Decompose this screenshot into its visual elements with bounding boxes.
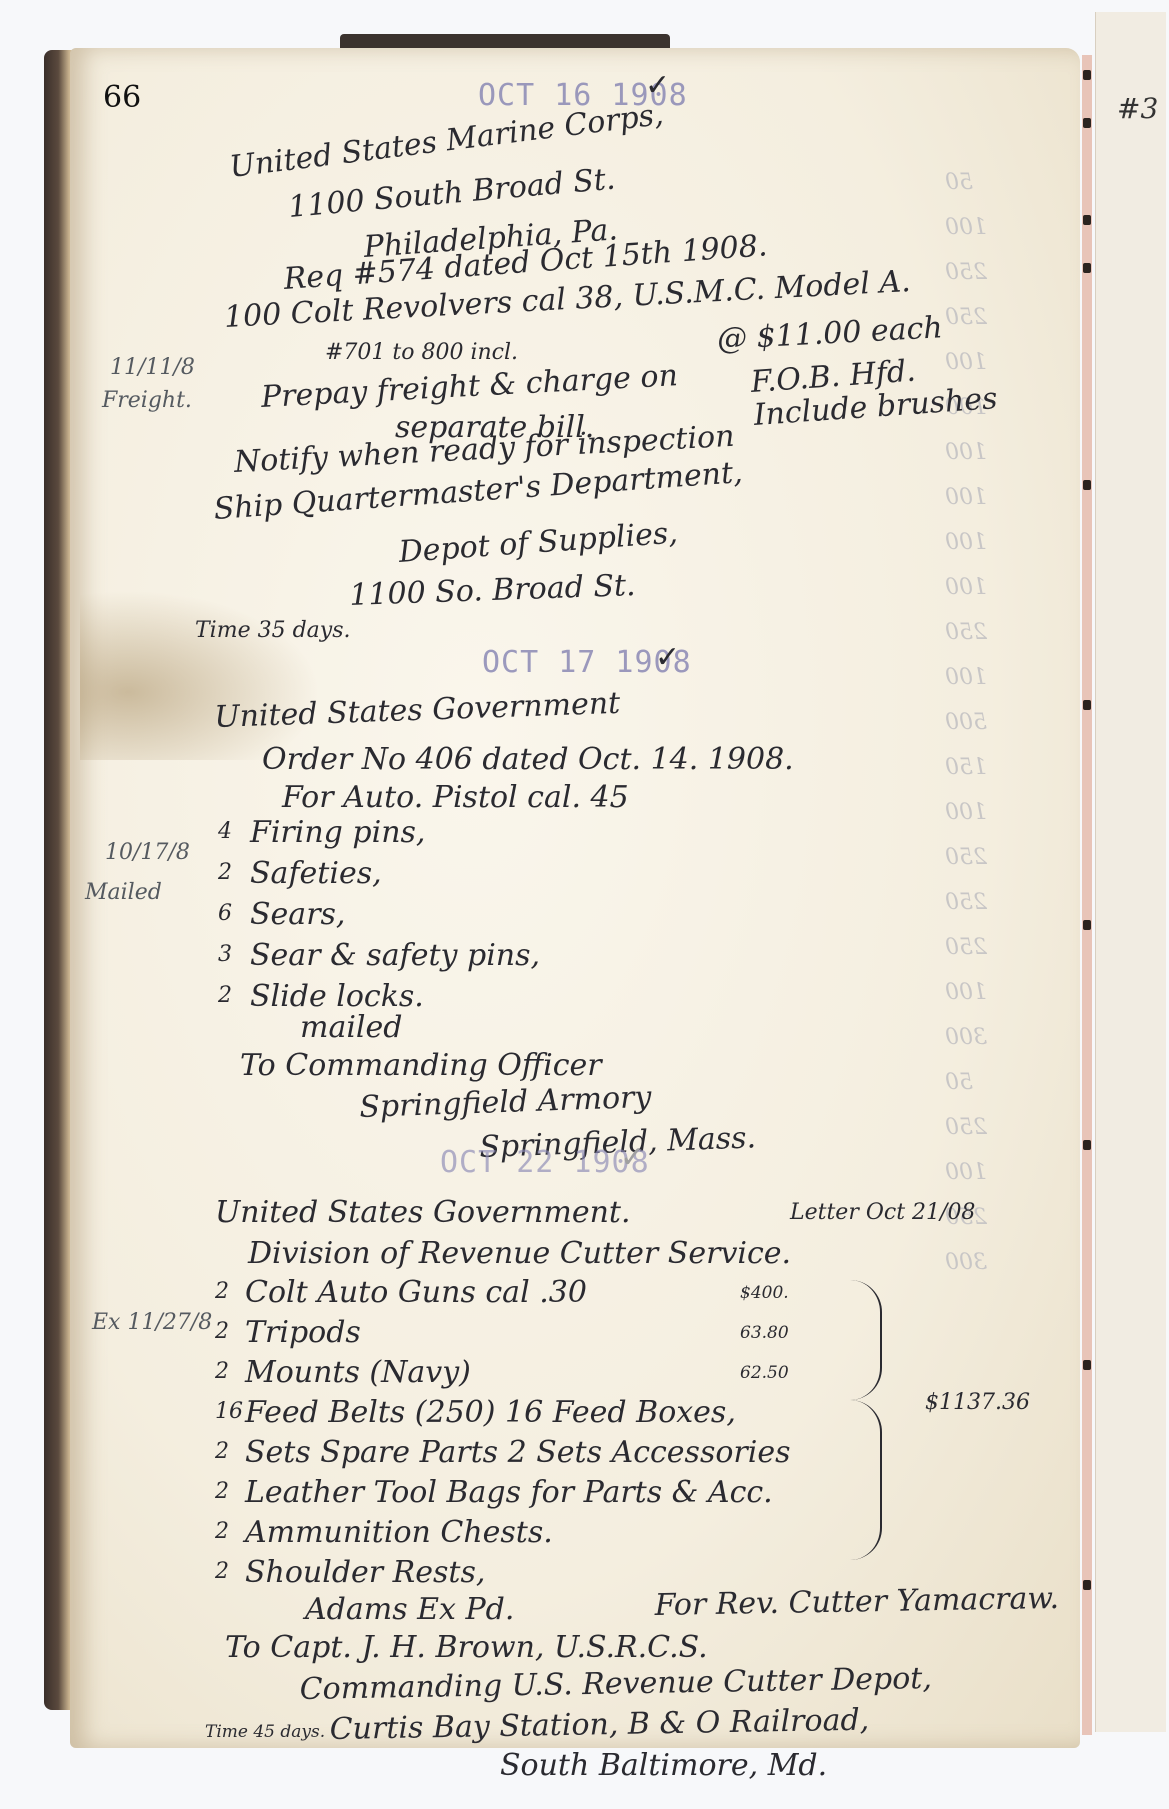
item-description: Ammunition Chests. bbox=[245, 1515, 553, 1550]
margin-note: Freight. bbox=[102, 388, 192, 413]
binding-hole bbox=[1083, 215, 1091, 225]
bleed-through-number: 250 bbox=[945, 1115, 987, 1140]
margin-note: Mailed bbox=[85, 880, 162, 905]
entry-line: #701 to 800 incl. bbox=[325, 340, 518, 365]
entry-line: To Capt. J. H. Brown, U.S.R.C.S. bbox=[225, 1630, 708, 1665]
item-quantity: 2 bbox=[215, 1319, 229, 1344]
date-stamp: OCT 22 1908 bbox=[440, 1145, 650, 1180]
item-quantity: 2 bbox=[218, 860, 232, 885]
next-page-mark: #3 bbox=[1117, 92, 1158, 125]
entry-line: For Rev. Cutter Yamacraw. bbox=[654, 1581, 1059, 1623]
margin-note: Ex 11/27/8 bbox=[92, 1310, 212, 1335]
item-quantity: 2 bbox=[215, 1479, 229, 1504]
item-description: Colt Auto Guns cal .30 bbox=[245, 1275, 587, 1310]
bleed-through-number: 100 bbox=[945, 485, 987, 510]
bracket bbox=[850, 1400, 882, 1560]
item-quantity: 2 bbox=[215, 1439, 229, 1464]
bleed-through-number: 250 bbox=[945, 935, 987, 960]
item-price: $400. bbox=[740, 1283, 789, 1303]
bleed-through-number: 100 bbox=[945, 530, 987, 555]
water-stain bbox=[80, 590, 320, 760]
bracket bbox=[850, 1280, 882, 1400]
delivery-time: Time 35 days. bbox=[195, 618, 350, 643]
adjacent-page bbox=[1095, 12, 1166, 1732]
item-quantity: 16 bbox=[215, 1399, 243, 1424]
item-quantity: 2 bbox=[215, 1559, 229, 1584]
bleed-through-number: 100 bbox=[945, 1160, 987, 1185]
page-edge bbox=[1082, 55, 1092, 1735]
item-quantity: 2 bbox=[215, 1359, 229, 1384]
entry-line: mailed bbox=[300, 1010, 402, 1045]
shipping-note: Adams Ex Pd. bbox=[305, 1592, 514, 1627]
binding-hole bbox=[1083, 1580, 1091, 1590]
bleed-through-number: 500 bbox=[945, 710, 987, 735]
binding-hole bbox=[1083, 700, 1091, 710]
bleed-through-number: 100 bbox=[945, 665, 987, 690]
item-quantity: 4 bbox=[218, 819, 232, 844]
item-description: Slide locks. bbox=[250, 979, 424, 1014]
bleed-through-number: 100 bbox=[945, 980, 987, 1005]
binding-hole bbox=[1083, 1140, 1091, 1150]
item-description: Sears, bbox=[250, 897, 345, 932]
entry-line: To Commanding Officer bbox=[240, 1048, 602, 1083]
page-number: 66 bbox=[103, 80, 141, 115]
margin-note: 11/11/8 bbox=[110, 355, 195, 380]
item-description: Shoulder Rests, bbox=[245, 1555, 485, 1590]
check-mark: ✓ bbox=[655, 640, 680, 675]
bleed-through-number: 250 bbox=[945, 305, 987, 330]
binding-hole bbox=[1083, 920, 1091, 930]
bleed-through-number: 300 bbox=[945, 1025, 987, 1050]
bleed-through-number: 250 bbox=[945, 845, 987, 870]
item-quantity: 2 bbox=[215, 1279, 229, 1304]
bleed-through-number: 50 bbox=[945, 1070, 973, 1095]
order-total: $1137.36 bbox=[925, 1390, 1030, 1415]
bleed-through-number: 250 bbox=[945, 260, 987, 285]
bleed-through-number: 50 bbox=[945, 170, 973, 195]
bleed-through-number: 250 bbox=[945, 620, 987, 645]
item-price: 62.50 bbox=[740, 1363, 789, 1383]
margin-note: 10/17/8 bbox=[105, 840, 190, 865]
entry-line: For Auto. Pistol cal. 45 bbox=[282, 780, 629, 815]
check-mark: ✓ bbox=[620, 1140, 645, 1175]
letter-date: Letter Oct 21/08 bbox=[790, 1200, 975, 1225]
binding-hole bbox=[1083, 263, 1091, 273]
binding-hole bbox=[1083, 70, 1091, 80]
item-description: Sets Spare Parts 2 Sets Accessories bbox=[245, 1435, 791, 1470]
item-price: 63.80 bbox=[740, 1323, 789, 1343]
entry-line: United States Government. bbox=[215, 1195, 631, 1230]
binding-hole bbox=[1083, 480, 1091, 490]
item-description: Sear & safety pins, bbox=[250, 938, 540, 973]
item-quantity: 6 bbox=[218, 901, 232, 926]
entry-line: Order No 406 dated Oct. 14. 1908. bbox=[262, 742, 794, 777]
bleed-through-number: 250 bbox=[945, 890, 987, 915]
item-quantity: 2 bbox=[215, 1519, 229, 1544]
item-quantity: 3 bbox=[218, 942, 232, 967]
item-description: Firing pins, bbox=[250, 815, 425, 850]
item-description: Leather Tool Bags for Parts & Acc. bbox=[245, 1475, 773, 1510]
binding-hole bbox=[1083, 1360, 1091, 1370]
bleed-through-number: 100 bbox=[945, 215, 987, 240]
entry-line: South Baltimore, Md. bbox=[500, 1748, 827, 1783]
item-description: Tripods bbox=[245, 1315, 361, 1350]
binding-hole bbox=[1083, 118, 1091, 128]
bleed-through-number: 100 bbox=[945, 350, 987, 375]
entry-line: Division of Revenue Cutter Service. bbox=[248, 1236, 791, 1271]
bleed-through-number: 100 bbox=[945, 440, 987, 465]
item-description: Mounts (Navy) bbox=[245, 1355, 471, 1390]
item-description: Feed Belts (250) 16 Feed Boxes, bbox=[245, 1395, 736, 1430]
bleed-through-number: 150 bbox=[945, 755, 987, 780]
item-description: Safeties, bbox=[250, 856, 382, 891]
bleed-through-number: 300 bbox=[945, 1250, 987, 1275]
delivery-time: Time 45 days. bbox=[205, 1722, 325, 1742]
item-quantity: 2 bbox=[218, 983, 232, 1008]
bleed-through-number: 100 bbox=[945, 800, 987, 825]
bleed-through-number: 100 bbox=[945, 575, 987, 600]
